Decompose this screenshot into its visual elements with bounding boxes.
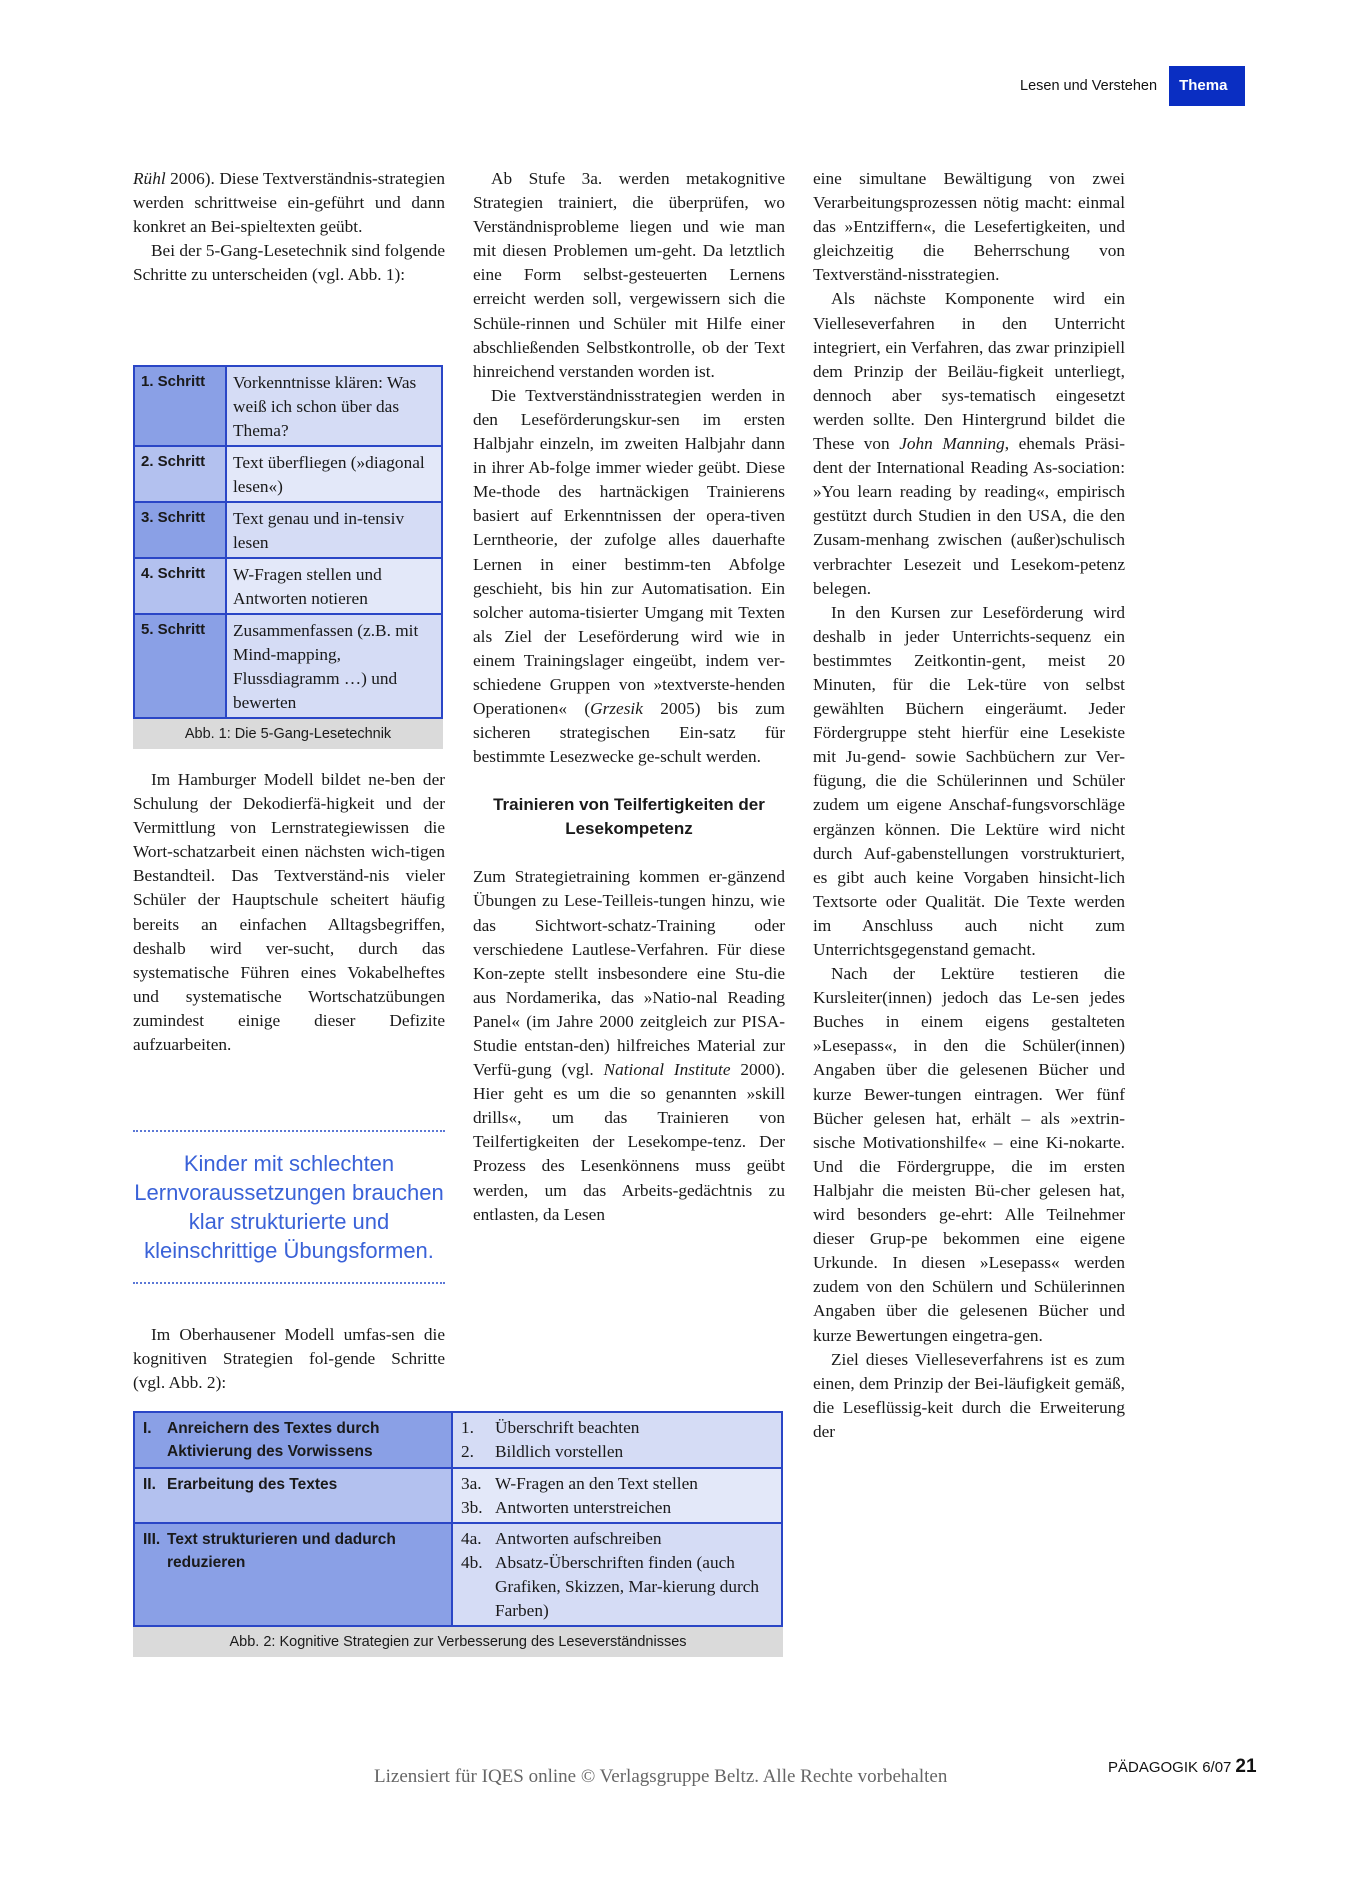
- steps-table: 1. Schritt Vorkenntnisse klären: Was wei…: [133, 365, 443, 719]
- paragraph: In den Kursen zur Leseförderung wird des…: [813, 601, 1125, 962]
- step-description: Zusammenfassen (z.B. mit Mind-mapping, F…: [226, 614, 442, 718]
- table-row: 2. Schritt Text überfliegen (»diagonal l…: [134, 446, 442, 502]
- paragraph: Nach der Lektüre testieren die Kursleite…: [813, 962, 1125, 1348]
- figure-kognitive-strategien: I.Anreichern des Textes durch Aktivierun…: [133, 1411, 783, 1657]
- table-row: 3. Schritt Text genau und in-tensiv lese…: [134, 502, 442, 558]
- item-text: Antworten unterstreichen: [495, 1496, 671, 1520]
- left-column-bottom: Im Oberhausener Modell umfas-sen die kog…: [133, 1323, 445, 1395]
- paragraph: Rühl 2006). Diese Textverständnis-strate…: [133, 167, 445, 239]
- items-cell: 1.Überschrift beachten 2.Bildlich vorste…: [452, 1412, 782, 1468]
- pull-quote: Kinder mit schlechten Lernvoraussetzunge…: [133, 1130, 445, 1284]
- paragraph: Im Oberhausener Modell umfas-sen die kog…: [133, 1323, 445, 1395]
- table-row: 1. Schritt Vorkenntnisse klären: Was wei…: [134, 366, 442, 446]
- paragraph-text: , ehemals Präsi-dent der International R…: [813, 434, 1125, 598]
- item-number: 4a.: [461, 1527, 495, 1551]
- paragraph: Die Textverständnisstrategien werden in …: [473, 384, 785, 770]
- page-number: 21: [1235, 1756, 1256, 1777]
- table-row: II.Erarbeitung des Textes 3a.W-Fragen an…: [134, 1468, 782, 1523]
- pull-quote-text: Kinder mit schlechten Lernvoraussetzunge…: [133, 1132, 445, 1282]
- table-row: 4. Schritt W-Fragen stellen und Antworte…: [134, 558, 442, 614]
- phase-cell: III.Text strukturieren und dadurch reduz…: [134, 1523, 452, 1626]
- item-text: Absatz-Überschriften finden (auch Grafik…: [495, 1551, 773, 1623]
- phase-label: Anreichern des Textes durch Aktivierung …: [167, 1417, 443, 1463]
- item-number: 3b.: [461, 1496, 495, 1520]
- paragraph: Zum Strategietraining kommen er-gänzend …: [473, 865, 785, 1226]
- subheading: Trainieren von Teilfertigkeiten der Lese…: [473, 793, 785, 841]
- phase-label: Text strukturieren und dadurch reduziere…: [167, 1528, 443, 1574]
- running-header: Lesen und Verstehen Thema: [1020, 66, 1245, 106]
- step-description: W-Fragen stellen und Antworten notieren: [226, 558, 442, 614]
- paragraph-text: 2006). Diese Textverständnis-strategien …: [133, 169, 445, 236]
- paragraph: Ab Stufe 3a. werden metakognitive Strate…: [473, 167, 785, 384]
- item-number: 2.: [461, 1440, 495, 1464]
- step-label: 4. Schritt: [134, 558, 226, 614]
- paragraph-text: 2000). Hier geht es um die so genannten …: [473, 1060, 785, 1224]
- item-text: Überschrift beachten: [495, 1416, 639, 1440]
- items-cell: 4a.Antworten aufschreiben 4b.Absatz-Über…: [452, 1523, 782, 1626]
- paragraph-text: Die Textverständnisstrategien werden in …: [473, 386, 785, 718]
- dotted-divider: [133, 1282, 445, 1284]
- item-text: W-Fragen an den Text stellen: [495, 1472, 698, 1496]
- license-notice: Lizensiert für IQES online © Verlagsgrup…: [374, 1766, 947, 1788]
- item-text: Bildlich vorstellen: [495, 1440, 623, 1464]
- item-number: 3a.: [461, 1472, 495, 1496]
- item-number: 1.: [461, 1416, 495, 1440]
- items-cell: 3a.W-Fragen an den Text stellen 3b.Antwo…: [452, 1468, 782, 1523]
- paragraph: Im Hamburger Modell bildet ne-ben der Sc…: [133, 768, 445, 1057]
- left-column-continued: Im Hamburger Modell bildet ne-ben der Sc…: [133, 768, 445, 1057]
- section-tag: Thema: [1169, 66, 1245, 106]
- magazine-issue: PÄDAGOGIK 6/07: [1108, 1759, 1231, 1776]
- paragraph: Als nächste Komponente wird ein Viellese…: [813, 287, 1125, 600]
- table-row: III.Text strukturieren und dadurch reduz…: [134, 1523, 782, 1626]
- paragraph: Ziel dieses Vielleseverfahrens ist es zu…: [813, 1348, 1125, 1444]
- phase-label: Erarbeitung des Textes: [167, 1473, 337, 1496]
- figure-caption: Abb. 1: Die 5-Gang-Lesetechnik: [133, 719, 443, 749]
- paragraph-text: Zum Strategietraining kommen er-gänzend …: [473, 867, 785, 1079]
- phase-cell: II.Erarbeitung des Textes: [134, 1468, 452, 1523]
- author-citation: Rühl: [133, 169, 166, 188]
- paragraph: Bei der 5-Gang-Lesetechnik sind folgende…: [133, 239, 445, 287]
- phase-cell: I.Anreichern des Textes durch Aktivierun…: [134, 1412, 452, 1468]
- paragraph: eine simultane Bewältigung von zwei Vera…: [813, 167, 1125, 287]
- phase-number: I.: [143, 1417, 167, 1463]
- figure-caption: Abb. 2: Kognitive Strategien zur Verbess…: [133, 1627, 783, 1657]
- author-citation: National Institute: [604, 1060, 731, 1079]
- author-citation: Grzesik: [590, 699, 643, 718]
- step-label: 1. Schritt: [134, 366, 226, 446]
- left-column: Rühl 2006). Diese Textverständnis-strate…: [133, 167, 445, 287]
- item-number: 4b.: [461, 1551, 495, 1623]
- section-title: Lesen und Verstehen: [1020, 78, 1157, 94]
- strategies-table: I.Anreichern des Textes durch Aktivierun…: [133, 1411, 783, 1627]
- figure-5-gang-lesetechnik: 1. Schritt Vorkenntnisse klären: Was wei…: [133, 365, 443, 749]
- person-name: John Manning: [899, 434, 1005, 453]
- phase-number: II.: [143, 1473, 167, 1496]
- step-label: 5. Schritt: [134, 614, 226, 718]
- table-row: 5. Schritt Zusammenfassen (z.B. mit Mind…: [134, 614, 442, 718]
- table-row: I.Anreichern des Textes durch Aktivierun…: [134, 1412, 782, 1468]
- paragraph-text: Als nächste Komponente wird ein Viellese…: [813, 289, 1125, 453]
- phase-number: III.: [143, 1528, 167, 1574]
- middle-column: Ab Stufe 3a. werden metakognitive Strate…: [473, 167, 785, 1227]
- step-description: Text überfliegen (»diagonal lesen«): [226, 446, 442, 502]
- magazine-footer: PÄDAGOGIK 6/0721: [1108, 1756, 1257, 1778]
- item-text: Antworten aufschreiben: [495, 1527, 662, 1551]
- step-label: 3. Schritt: [134, 502, 226, 558]
- step-description: Vorkenntnisse klären: Was weiß ich schon…: [226, 366, 442, 446]
- step-label: 2. Schritt: [134, 446, 226, 502]
- step-description: Text genau und in-tensiv lesen: [226, 502, 442, 558]
- right-column: eine simultane Bewältigung von zwei Vera…: [813, 167, 1125, 1444]
